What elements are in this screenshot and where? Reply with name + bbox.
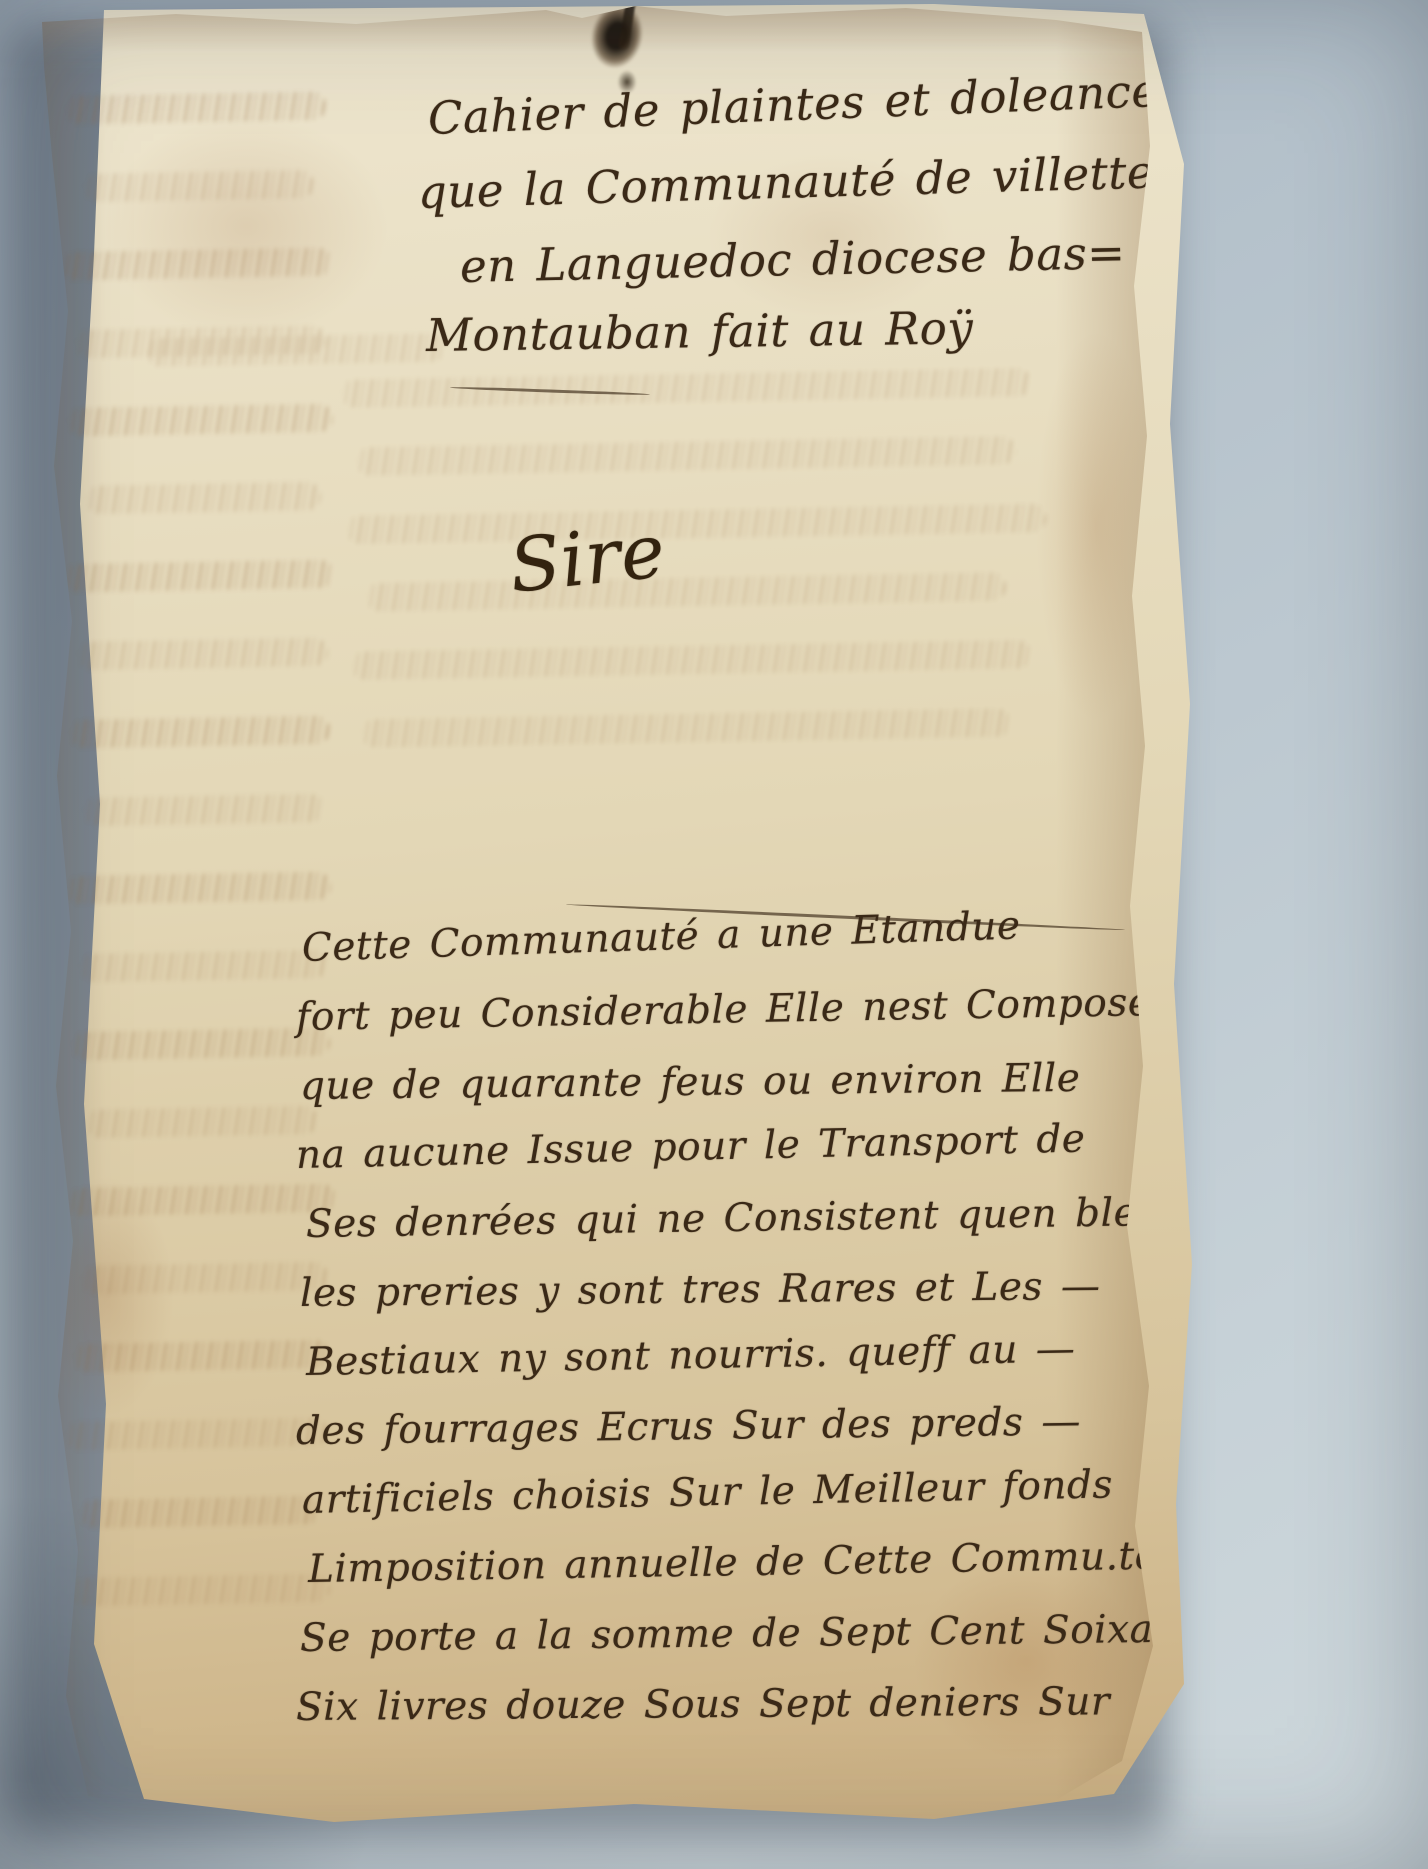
bleedthrough-line: [361, 708, 1011, 747]
bleedthrough-line: [72, 1574, 330, 1606]
body-line: Bestiaux ny sont nourris. queff au —: [306, 1327, 1076, 1385]
manuscript-paper: Cahier de plaintes et doleances que la C…: [26, 6, 1166, 1831]
title-line: que la Communauté de villette: [417, 145, 1154, 219]
bleedthrough-line: [366, 572, 1006, 611]
bleedthrough-line: [346, 504, 1046, 544]
title-line: Cahier de plaintes et doleances: [427, 63, 1183, 145]
body-line: Cette Communauté a une Etandue: [301, 903, 1021, 971]
bleedthrough-line: [84, 794, 324, 826]
body-line: Ses denrées qui ne Consistent quen bled: [306, 1190, 1163, 1247]
bleedthrough-line: [64, 560, 334, 593]
salutation: Sire: [506, 508, 670, 610]
body-line: fort peu Considerable Elle nest Composée: [296, 980, 1176, 1040]
bleedthrough-line: [80, 950, 328, 982]
bleedthrough-line: [66, 1418, 328, 1451]
bleedthrough-line: [62, 248, 332, 281]
body-line: Se porte a la somme de Sept Cent Soixant…: [300, 1606, 1219, 1661]
bleedthrough-line: [78, 638, 328, 670]
body-line: des fourrages Ecrus Sur des preds —: [296, 1399, 1081, 1454]
body-line: Limposition annuelle de Cette Commu.té: [308, 1534, 1159, 1592]
title-line: Montauban fait au Roÿ: [426, 301, 974, 362]
body-line: les preries y sont tres Rares et Les —: [300, 1264, 1101, 1316]
bleedthrough-line: [68, 404, 333, 437]
bleedthrough-line: [66, 92, 326, 125]
bleedthrough-line: [82, 1262, 328, 1294]
photo-backdrop: { "photo": { "backdrop_color": "#b7c3cc"…: [0, 0, 1428, 1869]
body-line: que de quarante feus ou environ Elle: [300, 1056, 1081, 1109]
body-line: artificiels choisis Sur le Meilleur fond…: [302, 1462, 1114, 1523]
title-line: en Languedoc diocese bas=: [459, 226, 1125, 293]
bleedthrough-line: [66, 872, 331, 905]
body-line: na aucune Issue pour le Transport de: [296, 1116, 1086, 1178]
bleedthrough-line: [74, 1340, 330, 1372]
bleedthrough-line: [341, 368, 1031, 408]
bleedthrough-line: [86, 1106, 318, 1138]
bleedthrough-line: [68, 1184, 336, 1217]
bleedthrough-line: [351, 640, 1031, 680]
bleedthrough-line: [80, 1496, 320, 1528]
bleedthrough-line: [70, 716, 330, 749]
bleedthrough-line: [84, 170, 314, 202]
body-line: Six livres douze Sous Sept deniers Sur: [296, 1679, 1110, 1730]
bleedthrough-line: [72, 1028, 330, 1060]
bleedthrough-line: [86, 482, 321, 514]
bleedthrough-line: [146, 333, 446, 366]
bleedthrough-line: [356, 436, 1016, 476]
